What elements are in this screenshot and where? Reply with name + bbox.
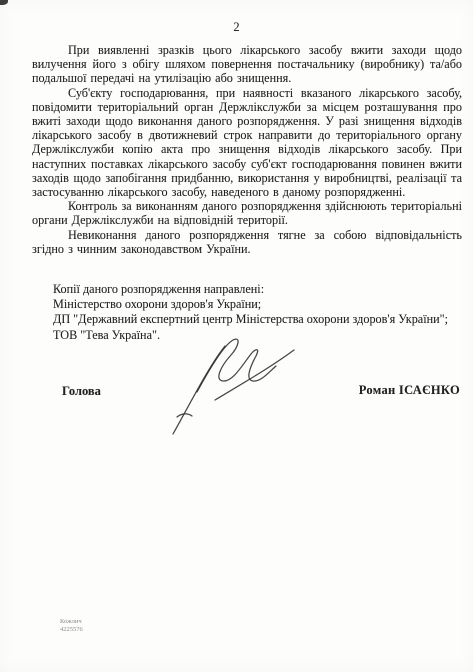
document-body: При виявленні зразків цього лікарського … (32, 43, 462, 256)
signature-icon (163, 320, 298, 438)
body-paragraph: Контроль за виконанням даного розпорядже… (32, 199, 462, 227)
document-footer: Кожлич 4225576 (60, 618, 83, 633)
signatory-title: Голова (62, 384, 101, 399)
body-paragraph: Суб'єкту господарювання, при наявності в… (32, 86, 462, 200)
copies-line: Міністерство охорони здоров'я України; (53, 297, 465, 312)
body-paragraph: Невиконання даного розпорядження тягне з… (32, 228, 462, 256)
signatory-name: Роман ІСАЄНКО (359, 383, 460, 398)
body-paragraph: При виявленні зразків цього лікарського … (32, 43, 462, 86)
footer-executor-name: Кожлич (60, 618, 83, 626)
scan-corner-artifact (0, 0, 8, 5)
page-number: 2 (0, 20, 473, 35)
copies-heading: Копії даного розпорядження направлені: (53, 282, 465, 297)
footer-phone: 4225576 (60, 626, 83, 634)
document-page: 2 При виявленні зразків цього лікарськог… (0, 0, 473, 672)
